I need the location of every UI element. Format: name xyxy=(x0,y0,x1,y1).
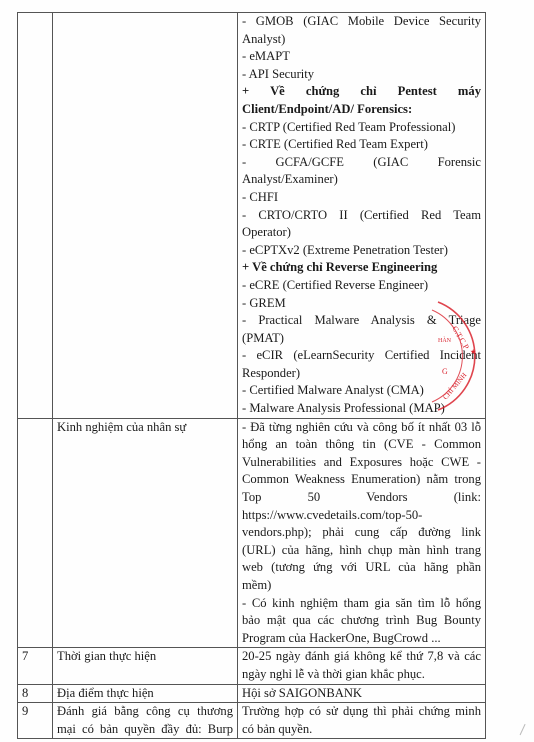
label-line: mại có bản quyền đầy đủ: Burp xyxy=(57,721,233,739)
content-line: - Đã từng nghiên cứu và công bố ít nhất … xyxy=(242,419,481,437)
content-line: bảo mật qua các chương trình Bug Bounty xyxy=(242,612,481,630)
table-row: 7Thời gian thực hiện20-25 ngày đánh giá … xyxy=(18,648,486,684)
row-content: Hội sở SAIGONBANK xyxy=(238,684,486,703)
row-label xyxy=(53,13,238,419)
content-line: - Có kinh nghiệm tham gia săn tìm lỗ hổn… xyxy=(242,595,481,613)
content-line: mềm) xyxy=(242,577,481,595)
requirements-table: - GMOB (GIAC Mobile Device SecurityAnaly… xyxy=(17,12,486,739)
content-line: ngày nghỉ lễ và thời gian khắc phục. xyxy=(242,666,481,684)
pen-mark xyxy=(520,724,528,736)
label-line: Đánh giá bằng công cụ thương xyxy=(57,703,233,721)
content-line: - CRTP (Certified Red Team Professional) xyxy=(242,119,481,137)
content-line: - eCIR (eLearnSecurity Certified Inciden… xyxy=(242,347,481,365)
table-row: Kinh nghiệm của nhân sự- Đã từng nghiên … xyxy=(18,418,486,648)
content-line: Responder) xyxy=(242,365,481,383)
content-line: - eMAPT xyxy=(242,48,481,66)
row-number: 7 xyxy=(18,648,53,684)
row-number: 9 xyxy=(18,703,53,739)
row-number xyxy=(18,13,53,419)
row-content: Trường hợp có sử dụng thì phải chứng min… xyxy=(238,703,486,739)
content-line: Top 50 Vendors (link: xyxy=(242,489,481,507)
row-label: Kinh nghiệm của nhân sự xyxy=(53,418,238,648)
content-line: Hội sở SAIGONBANK xyxy=(242,685,481,703)
row-number xyxy=(18,418,53,648)
content-line: Analyst) xyxy=(242,31,481,49)
row-label: Đánh giá bằng công cụ thươngmại có bản q… xyxy=(53,703,238,739)
row-content: - Đã từng nghiên cứu và công bố ít nhất … xyxy=(238,418,486,648)
content-line: https://www.cvedetails.com/top-50- xyxy=(242,507,481,525)
content-line: (URL) của hãng, hình chụp màn hình trang xyxy=(242,542,481,560)
content-line: - CHFI xyxy=(242,189,481,207)
content-line: - Malware Analysis Professional (MAP) xyxy=(242,400,481,418)
row-content: 20-25 ngày đánh giá không kể thứ 7,8 và … xyxy=(238,648,486,684)
content-line: - Practical Malware Analysis & Triage xyxy=(242,312,481,330)
content-line: Program của HackerOne, BugCrowd ... xyxy=(242,630,481,648)
table-row: 9Đánh giá bằng công cụ thươngmại có bản … xyxy=(18,703,486,739)
table-row: - GMOB (GIAC Mobile Device SecurityAnaly… xyxy=(18,13,486,419)
content-line: 20-25 ngày đánh giá không kể thứ 7,8 và … xyxy=(242,648,481,666)
row-label: Thời gian thực hiện xyxy=(53,648,238,684)
document-page: - GMOB (GIAC Mobile Device SecurityAnaly… xyxy=(0,0,534,742)
content-line: - GMOB (GIAC Mobile Device Security xyxy=(242,13,481,31)
section-heading: + Về chứng chỉ Reverse Engineering xyxy=(242,259,481,277)
content-line: hổng an toàn thông tin (CVE - Common xyxy=(242,436,481,454)
content-line: - GCFA/GCFE (GIAC Forensic xyxy=(242,154,481,172)
content-line: Common Weakness Enumeration) nằm trong xyxy=(242,471,481,489)
content-line: - eCRE (Certified Reverse Engineer) xyxy=(242,277,481,295)
content-line: Analyst/Examiner) xyxy=(242,171,481,189)
row-number: 8 xyxy=(18,684,53,703)
content-line: - CRTO/CRTO II (Certified Red Team xyxy=(242,207,481,225)
content-line: Trường hợp có sử dụng thì phải chứng min… xyxy=(242,703,481,721)
content-line: web (tương ứng với URL của hãng phần xyxy=(242,559,481,577)
table-row: 8Địa điểm thực hiệnHội sở SAIGONBANK xyxy=(18,684,486,703)
row-content: - GMOB (GIAC Mobile Device SecurityAnaly… xyxy=(238,13,486,419)
content-line: - GREM xyxy=(242,295,481,313)
content-line: vendors.php); phải cung cấp đường link xyxy=(242,524,481,542)
section-heading: + Về chứng chỉ Pentest máy xyxy=(242,83,481,101)
content-line: - Certified Malware Analyst (CMA) xyxy=(242,382,481,400)
content-line: - eCPTXv2 (Extreme Penetration Tester) xyxy=(242,242,481,260)
content-line: có bản quyền. xyxy=(242,721,481,739)
row-label: Địa điểm thực hiện xyxy=(53,684,238,703)
content-line: Vulnerabilities and Exposures hoặc CWE - xyxy=(242,454,481,472)
content-line: Operator) xyxy=(242,224,481,242)
content-line: (PMAT) xyxy=(242,330,481,348)
content-line: - CRTE (Certified Red Team Expert) xyxy=(242,136,481,154)
content-line: - API Security xyxy=(242,66,481,84)
section-heading: Client/Endpoint/AD/ Forensics: xyxy=(242,101,481,119)
